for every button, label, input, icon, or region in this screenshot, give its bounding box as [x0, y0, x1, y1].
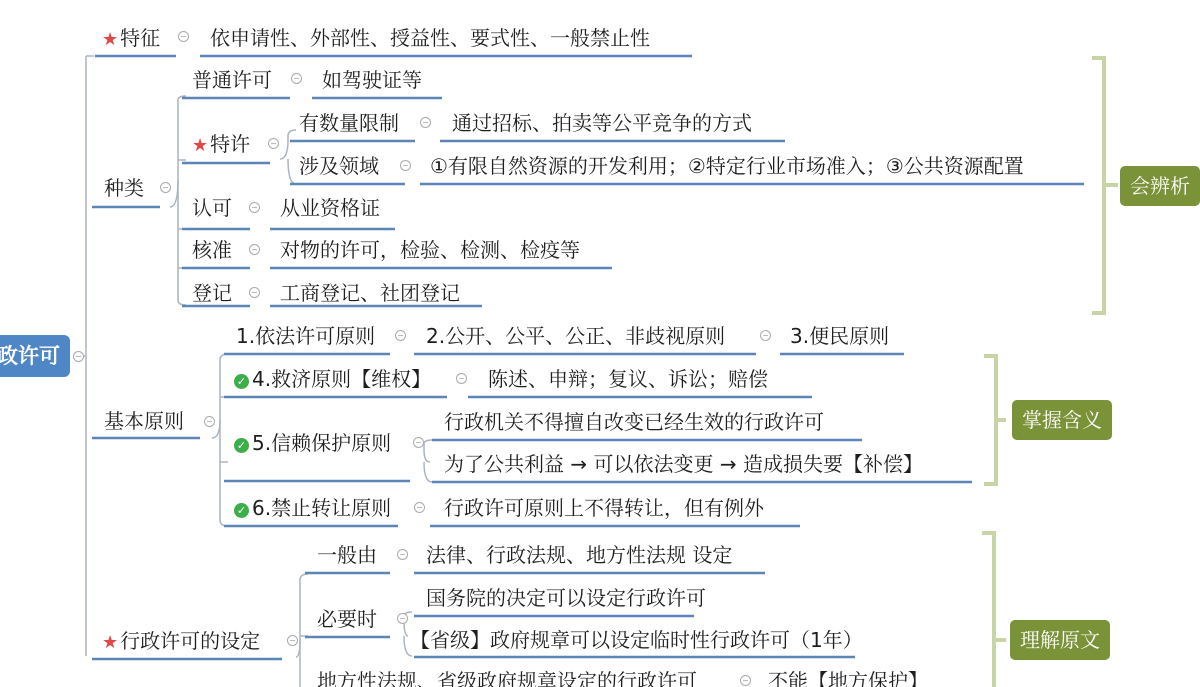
node-p3[interactable]: 3.便民原则 — [790, 324, 889, 348]
node-yiban-value: 法律、行政法规、地方性法规 设定 — [426, 543, 732, 567]
node-hezhun-value: 对物的许可，检验、检测、检疫等 — [280, 238, 580, 262]
node-yuanze[interactable]: 基本原则 — [104, 409, 184, 433]
collapse-icon[interactable]: − — [160, 182, 171, 193]
node-dengji[interactable]: 登记 — [192, 281, 232, 305]
collapse-icon[interactable]: − — [400, 160, 411, 171]
tag-lijieyuanwen: 理解原文 — [1010, 620, 1110, 660]
collapse-icon[interactable]: − — [204, 416, 215, 427]
check-icon: ✓ — [234, 374, 249, 389]
collapse-icon[interactable]: − — [760, 330, 771, 341]
node-p1[interactable]: 1.依法许可原则 — [236, 324, 375, 348]
collapse-icon[interactable]: − — [178, 31, 189, 42]
node-dengji-value: 工商登记、社团登记 — [280, 281, 460, 305]
node-sheding[interactable]: ★行政许可的设定 — [102, 629, 260, 655]
node-tezheng[interactable]: ★特征 — [102, 26, 160, 52]
collapse-icon[interactable]: − — [740, 675, 751, 686]
collapse-icon[interactable]: − — [413, 437, 424, 448]
check-icon: ✓ — [234, 438, 249, 453]
node-p5-v1: 行政机关不得擅自改变已经生效的行政许可 — [444, 410, 824, 434]
node-p5[interactable]: ✓5.信赖保护原则 — [234, 431, 391, 455]
node-shuliang-value: 通过招标、拍卖等公平竞争的方式 — [452, 111, 752, 135]
collapse-icon[interactable]: − — [291, 73, 302, 84]
star-icon: ★ — [192, 135, 208, 156]
collapse-icon[interactable]: − — [249, 287, 260, 298]
node-renke[interactable]: 认可 — [192, 196, 232, 220]
collapse-icon[interactable]: − — [287, 635, 298, 646]
collapse-icon[interactable]: − — [268, 138, 279, 149]
node-yiban[interactable]: 一般由 — [317, 543, 377, 567]
node-putong-value: 如驾驶证等 — [322, 68, 422, 92]
collapse-icon[interactable]: − — [73, 351, 84, 362]
node-biyao-v2: 【省级】政府规章可以设定临时性行政许可（1年） — [410, 628, 863, 652]
node-lingyu[interactable]: 涉及领域 — [299, 154, 379, 178]
node-p4-value: 陈述、申辩；复议、诉讼；赔偿 — [488, 367, 768, 391]
tag-zhangwohanyi: 掌握含义 — [1012, 400, 1112, 440]
star-icon: ★ — [102, 29, 118, 50]
collapse-icon[interactable]: − — [397, 613, 408, 624]
node-difang-value: 不能【地方保护】 — [768, 669, 928, 687]
collapse-icon[interactable]: − — [397, 549, 408, 560]
collapse-icon[interactable]: − — [249, 202, 260, 213]
collapse-icon[interactable]: − — [420, 117, 431, 128]
star-icon: ★ — [102, 632, 118, 653]
node-zhonglei[interactable]: 种类 — [104, 176, 144, 200]
node-renke-value: 从业资格证 — [280, 196, 380, 220]
collapse-icon[interactable]: − — [456, 373, 467, 384]
node-tezheng-value: 依申请性、外部性、授益性、要式性、一般禁止性 — [210, 26, 650, 50]
node-difang[interactable]: 地方性法规、省级政府规章设定的行政许可 — [317, 669, 697, 687]
node-p6-value: 行政许可原则上不得转让，但有例外 — [444, 496, 764, 520]
node-p4[interactable]: ✓4.救济原则【维权】 — [234, 367, 431, 391]
check-icon: ✓ — [234, 503, 249, 518]
node-putong[interactable]: 普通许可 — [192, 68, 272, 92]
node-p2[interactable]: 2.公开、公平、公正、非歧视原则 — [426, 324, 725, 348]
collapse-icon[interactable]: − — [249, 244, 260, 255]
node-p6[interactable]: ✓6.禁止转让原则 — [234, 496, 391, 520]
collapse-icon[interactable]: − — [414, 502, 425, 513]
root-label: 政许可 — [0, 344, 60, 368]
root-node[interactable]: 政许可 — [0, 335, 70, 377]
collapse-icon[interactable]: − — [395, 330, 406, 341]
node-biyao-v1: 国务院的决定可以设定行政许可 — [426, 586, 706, 610]
node-p5-v2: 为了公共利益 → 可以依法变更 → 造成损失要【补偿】 — [444, 452, 923, 476]
node-lingyu-value: ①有限自然资源的开发利用；②特定行业市场准入；③公共资源配置 — [430, 154, 1024, 178]
node-biyao[interactable]: 必要时 — [317, 607, 377, 631]
node-hezhun[interactable]: 核准 — [192, 238, 232, 262]
node-shuliang[interactable]: 有数量限制 — [299, 111, 399, 135]
tag-huibianxi: 会辨析 — [1120, 166, 1200, 206]
node-texu[interactable]: ★特许 — [192, 132, 250, 158]
